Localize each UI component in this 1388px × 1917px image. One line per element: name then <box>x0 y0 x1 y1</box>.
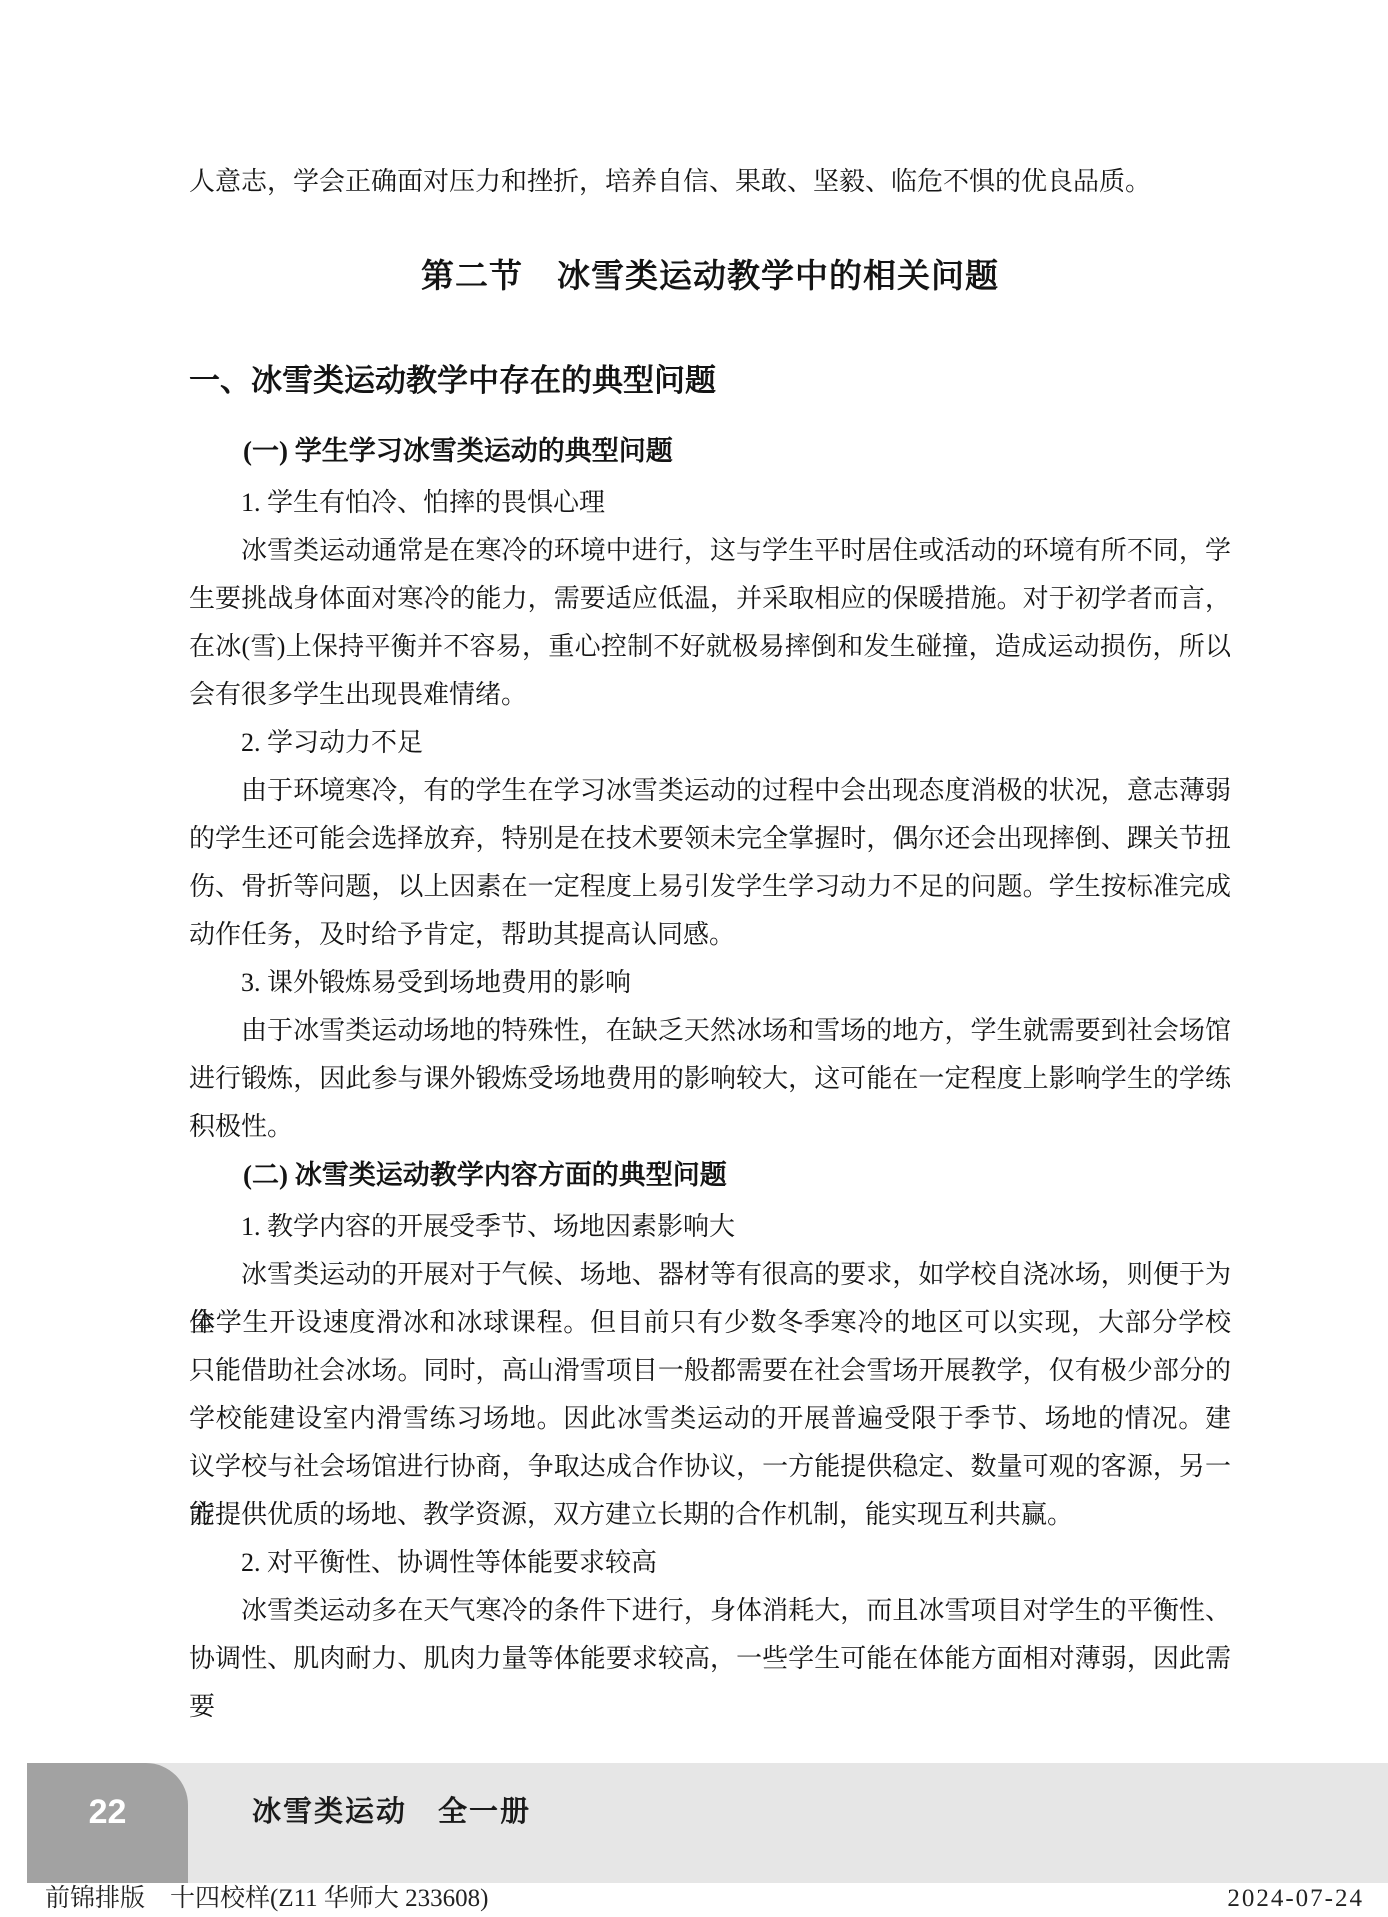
proof-info: 前锦排版 十四校样(Z11 华师大 233608) <box>45 1884 489 1914</box>
text-line: 冰雪类运动的开展对于气候、场地、器材等有很高的要求，如学校自浇冰场，则便于为全 <box>189 1251 1231 1299</box>
continuation-paragraph: 人意志，学会正确面对压力和挫折，培养自信、果敢、坚毅、临危不惧的优良品质。 <box>189 158 1231 206</box>
proof-line: 前锦排版 十四校样(Z11 华师大 233608) 2024-07-24 <box>45 1884 1364 1914</box>
document-body: 人意志，学会正确面对压力和挫折，培养自信、果敢、坚毅、临危不惧的优良品质。第二节… <box>189 158 1231 1683</box>
item-heading: (二) 冰雪类运动教学内容方面的典型问题 <box>189 1151 1231 1199</box>
text-line: 伤、骨折等问题，以上因素在一定程度上易引发学生学习动力不足的问题。学生按标准完成 <box>189 863 1231 911</box>
footer-bar: 22 冰雪类运动 全一册 <box>27 1763 1388 1883</box>
text-line: 冰雪类运动通常是在寒冷的环境中进行，这与学生平时居住或活动的环境有所不同，学 <box>189 527 1231 575</box>
text-line: 议学校与社会场馆进行协商，争取达成合作协议，一方能提供稳定、数量可观的客源，另一… <box>189 1443 1231 1491</box>
text-line: 由于冰雪类运动场地的特殊性，在缺乏天然冰场和雪场的地方，学生就需要到社会场馆 <box>189 1007 1231 1055</box>
text-line: 冰雪类运动多在天气寒冷的条件下进行，身体消耗大，而且冰雪项目对学生的平衡性、 <box>189 1587 1231 1635</box>
text-line: 在冰(雪)上保持平衡并不容易，重心控制不好就极易摔倒和发生碰撞，造成运动损伤，所… <box>189 623 1231 671</box>
paragraph: 由于冰雪类运动场地的特殊性，在缺乏天然冰场和雪场的地方，学生就需要到社会场馆进行… <box>189 1007 1231 1151</box>
subsection-heading: 一、冰雪类运动教学中存在的典型问题 <box>189 357 1231 405</box>
item-heading: (一) 学生学习冰雪类运动的典型问题 <box>189 427 1231 475</box>
book-title: 冰雪类运动 全一册 <box>252 1797 531 1827</box>
page-number-tab: 22 <box>27 1763 188 1883</box>
text-line: 能提供优质的场地、教学资源，双方建立长期的合作机制，能实现互利共赢。 <box>189 1491 1231 1539</box>
section-heading: 第二节 冰雪类运动教学中的相关问题 <box>189 252 1231 300</box>
text-line: 生要挑战身体面对寒冷的能力，需要适应低温，并采取相应的保暖措施。对于初学者而言， <box>189 575 1231 623</box>
text-line: 协调性、肌肉耐力、肌肉力量等体能要求较高，一些学生可能在体能方面相对薄弱，因此需… <box>189 1635 1231 1683</box>
numbered-item: 1. 学生有怕冷、怕摔的畏惧心理 <box>189 479 1231 527</box>
text-line: 会有很多学生出现畏难情绪。 <box>189 671 1231 719</box>
text-line: 的学生还可能会选择放弃，特别是在技术要领未完全掌握时，偶尔还会出现摔倒、踝关节扭 <box>189 815 1231 863</box>
paragraph: 冰雪类运动通常是在寒冷的环境中进行，这与学生平时居住或活动的环境有所不同，学生要… <box>189 527 1231 719</box>
page-number: 22 <box>89 1795 127 1829</box>
text-line: 由于环境寒冷，有的学生在学习冰雪类运动的过程中会出现态度消极的状况，意志薄弱 <box>189 767 1231 815</box>
numbered-item: 1. 教学内容的开展受季节、场地因素影响大 <box>189 1203 1231 1251</box>
text-line: 体学生开设速度滑冰和冰球课程。但目前只有少数冬季寒冷的地区可以实现，大部分学校 <box>189 1299 1231 1347</box>
text-line: 动作任务，及时给予肯定，帮助其提高认同感。 <box>189 911 1231 959</box>
numbered-item: 2. 对平衡性、协调性等体能要求较高 <box>189 1539 1231 1587</box>
numbered-item: 3. 课外锻炼易受到场地费用的影响 <box>189 959 1231 1007</box>
text-line: 只能借助社会冰场。同时，高山滑雪项目一般都需要在社会雪场开展教学，仅有极少部分的 <box>189 1347 1231 1395</box>
text-line: 学校能建设室内滑雪练习场地。因此冰雪类运动的开展普遍受限于季节、场地的情况。建 <box>189 1395 1231 1443</box>
text-line: 积极性。 <box>189 1103 1231 1151</box>
text-line: 人意志，学会正确面对压力和挫折，培养自信、果敢、坚毅、临危不惧的优良品质。 <box>189 158 1231 206</box>
text-line: 进行锻炼，因此参与课外锻炼受场地费用的影响较大，这可能在一定程度上影响学生的学练 <box>189 1055 1231 1103</box>
paragraph: 由于环境寒冷，有的学生在学习冰雪类运动的过程中会出现态度消极的状况，意志薄弱的学… <box>189 767 1231 959</box>
numbered-item: 2. 学习动力不足 <box>189 719 1231 767</box>
paragraph: 冰雪类运动多在天气寒冷的条件下进行，身体消耗大，而且冰雪项目对学生的平衡性、协调… <box>189 1587 1231 1683</box>
proof-date: 2024-07-24 <box>1227 1884 1364 1914</box>
paragraph: 冰雪类运动的开展对于气候、场地、器材等有很高的要求，如学校自浇冰场，则便于为全体… <box>189 1251 1231 1539</box>
book-page: 人意志，学会正确面对压力和挫折，培养自信、果敢、坚毅、临危不惧的优良品质。第二节… <box>0 0 1388 1917</box>
